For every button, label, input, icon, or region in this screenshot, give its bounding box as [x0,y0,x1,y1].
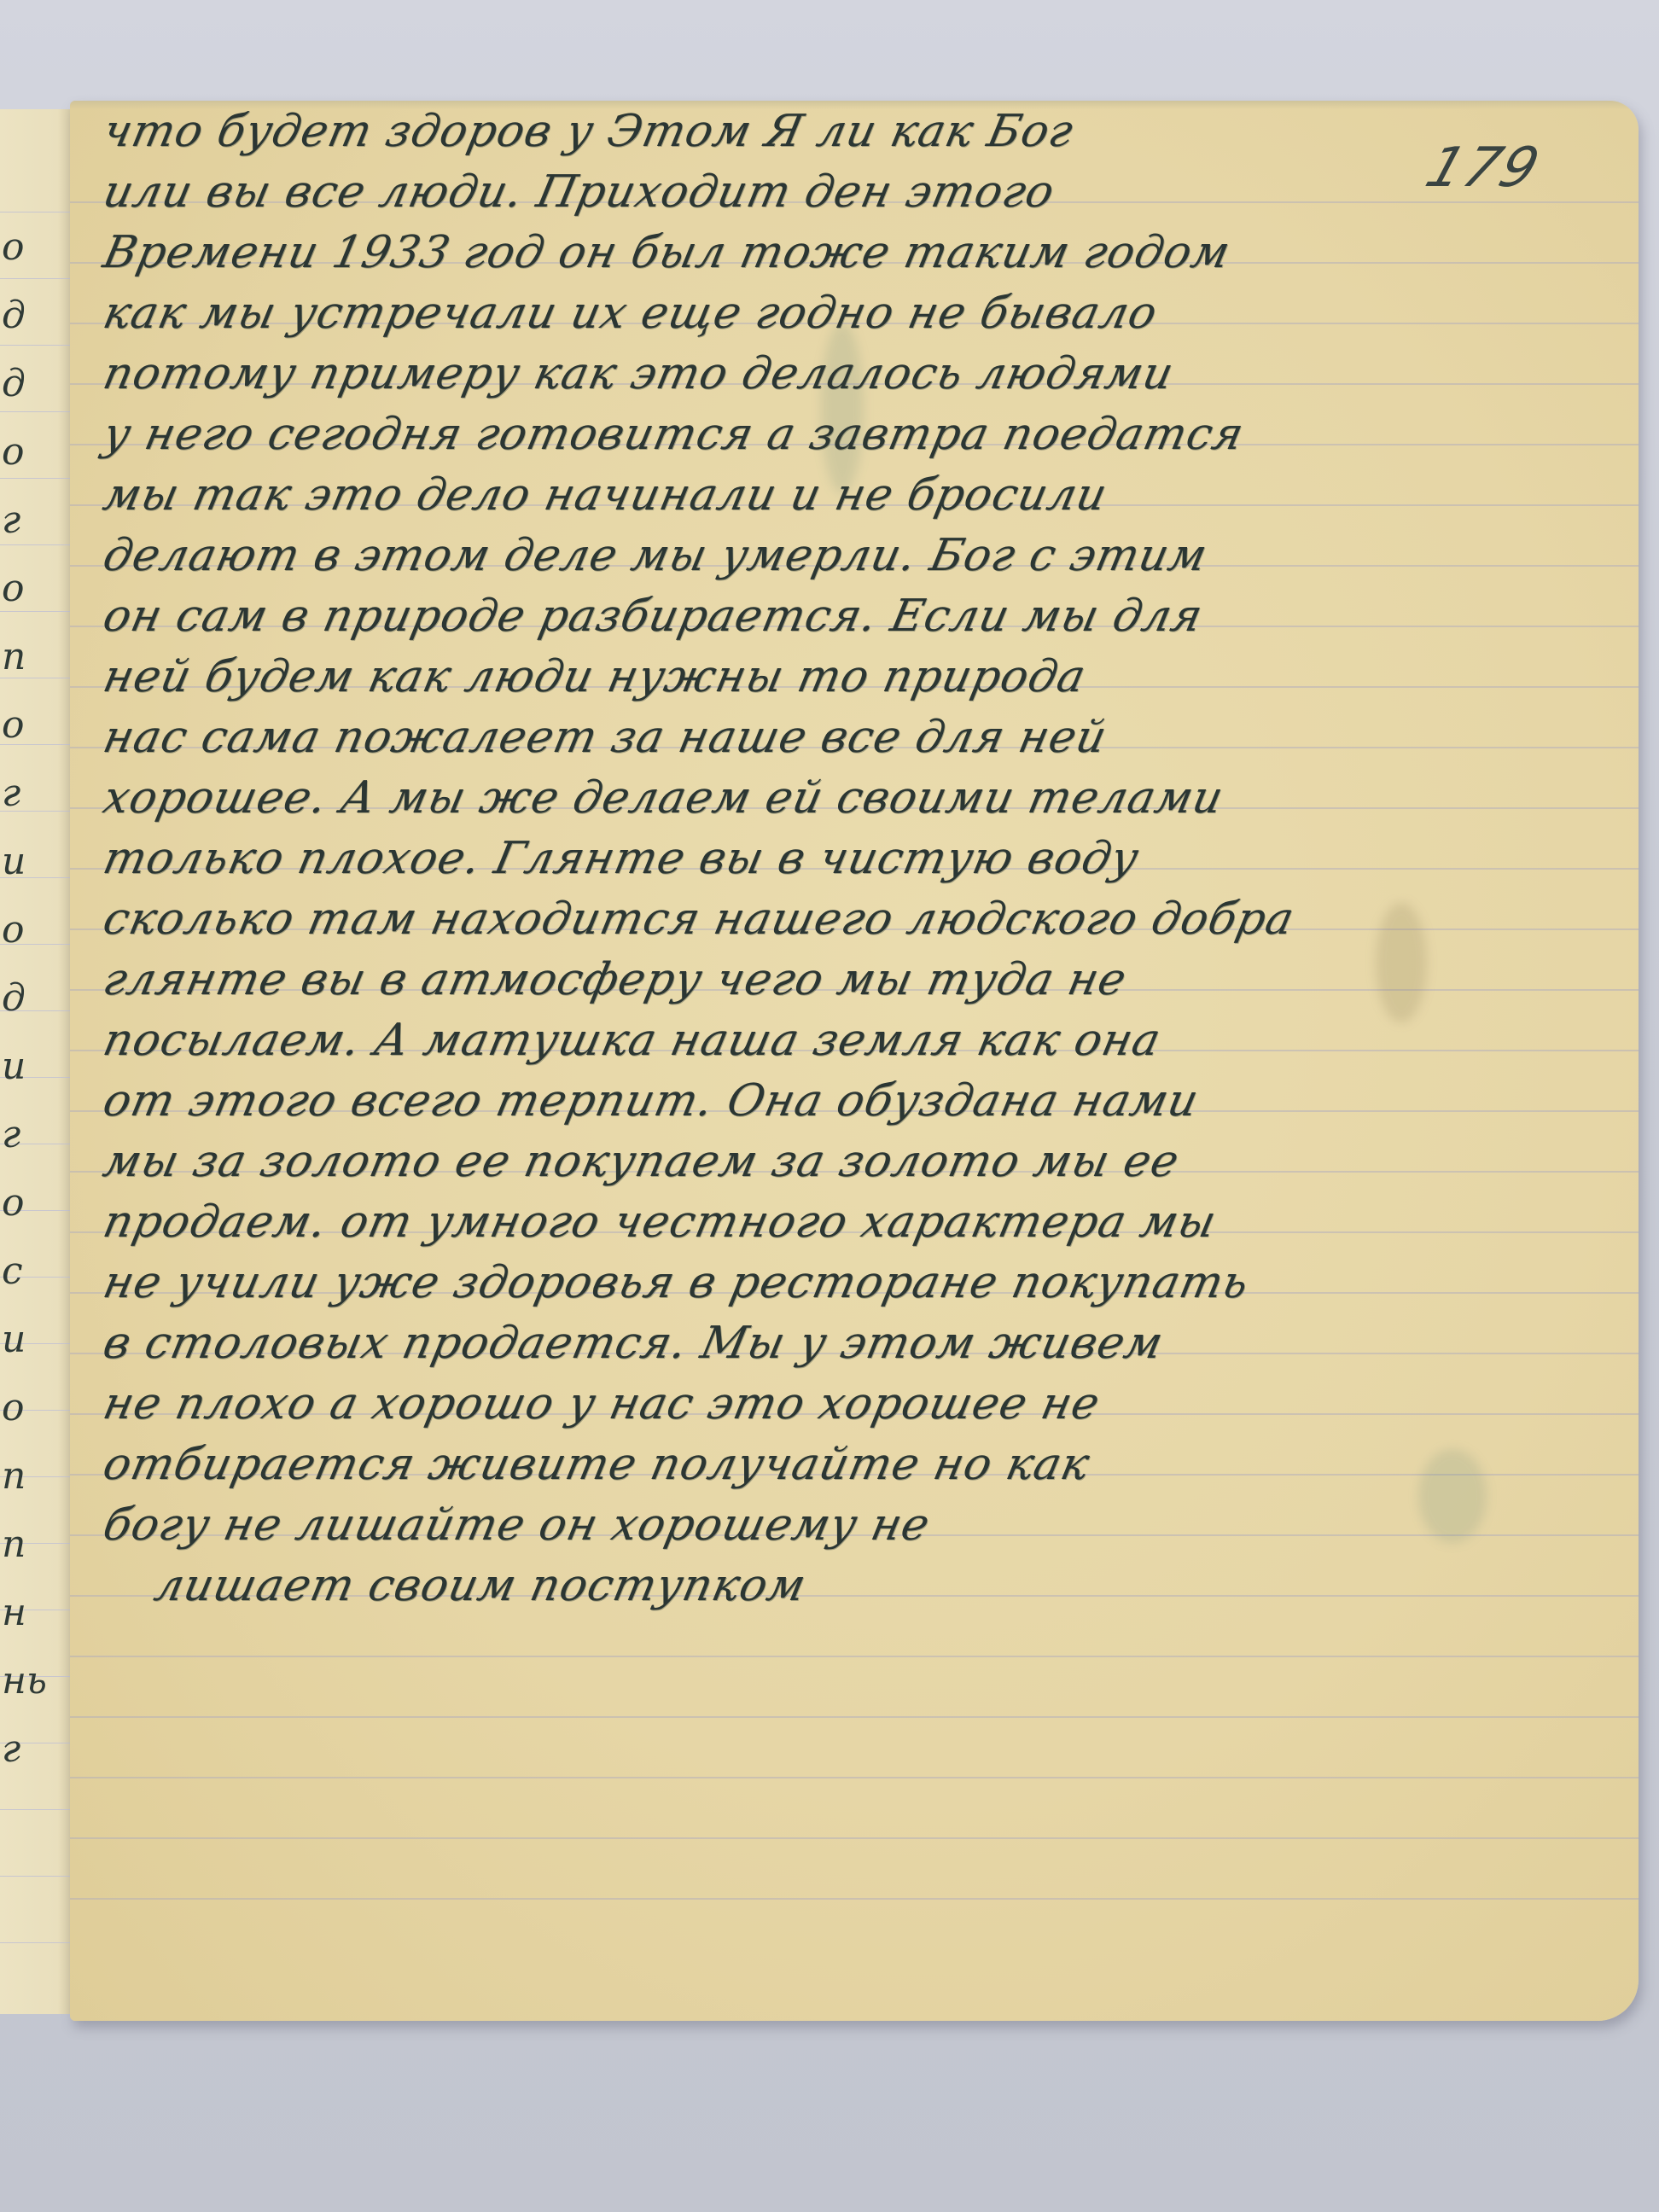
rule-line [70,1656,1639,1657]
rule-line [0,1876,72,1877]
rule-line [70,1837,1639,1839]
text-line: потому примеру как это делалось людями [99,348,1578,400]
text-line: хорошее. А мы же делаем ей своими телами [99,772,1578,824]
notebook-page: 179 что будет здоров у Этом Я ли как Бог… [70,101,1639,2021]
text-line: или вы все люди. Приходит ден этого [99,166,1578,218]
margin-glyph: о [2,1389,25,1427]
margin-glyph: о [2,570,25,608]
margin-glyph: н [2,1594,26,1632]
text-line: от этого всего терпит. Она обуздана нами [99,1075,1578,1127]
rule-line [0,611,72,612]
text-line: глянте вы в атмосферу чего мы туда не [99,954,1578,1006]
rule-line [70,1777,1639,1778]
text-line: не плохо а хорошо у нас это хорошее не [99,1378,1578,1430]
margin-glyph: п [2,1526,26,1563]
margin-glyph: п [2,1458,26,1495]
handwritten-text: что будет здоров у Этом Я ли как Бог или… [104,106,1572,1621]
margin-glyph: о [2,911,25,949]
margin-glyph: о [2,434,25,471]
text-line: лишает своим поступком [99,1560,1578,1612]
rule-line [70,1898,1639,1900]
text-line: сколько там находится нашего людского до… [99,894,1578,946]
margin-glyph: о [2,1185,25,1222]
text-line: как мы устречали их еще годно не бывало [99,288,1578,340]
text-line: ней будем как люди нужны то природа [99,651,1578,703]
margin-glyph: г [2,502,20,539]
text-line: делают в этом деле мы умерли. Бог с этим [99,530,1578,582]
margin-glyph: п [2,638,26,676]
text-line: что будет здоров у Этом Я ли как Бог [99,106,1578,158]
rule-line [0,411,72,412]
rule-line [0,278,72,279]
text-line: у него сегодня готовится а завтра поедат… [99,409,1578,461]
text-line: мы за золото ее покупаем за золото мы ее [99,1136,1578,1188]
rule-line [70,1716,1639,1718]
margin-glyph: г [2,1731,20,1768]
margin-glyph: и [2,843,26,881]
text-line: Времени 1933 год он был тоже таким годом [99,227,1578,279]
margin-glyph: г [2,775,20,812]
text-line: в столовых продается. Мы у этом живем [99,1318,1578,1370]
text-line: отбирается живите получайте но как [99,1439,1578,1491]
rule-line [0,212,72,212]
rule-line [0,1809,72,1810]
rule-line [0,345,72,346]
text-line: посылаем. А матушка наша земля как она [99,1015,1578,1067]
margin-glyph: д [2,297,26,335]
rule-line [0,478,72,479]
margin-glyph: д [2,365,26,403]
previous-page-edge: о д д о г о п о г и о д и г о с и о п п … [0,109,73,2014]
margin-glyph: и [2,1321,26,1359]
rule-line [0,544,72,545]
margin-glyph: г [2,1116,20,1154]
margin-glyph: и [2,1048,26,1086]
text-line: нас сама пожалеет за наше все для ней [99,712,1578,764]
text-line: мы так это дело начинали и не бросили [99,469,1578,521]
margin-glyph: с [2,1253,23,1290]
text-line: он сам в природе разбирается. Если мы дл… [99,591,1578,643]
text-line: богу не лишайте он хорошему не [99,1499,1578,1551]
margin-glyph: нь [2,1662,47,1700]
margin-glyph: о [2,229,25,266]
margin-glyph: о [2,707,25,744]
text-line: только плохое. Глянте вы в чистую воду [99,833,1578,885]
margin-glyph: д [2,980,26,1017]
text-line: продаем. от умного честного характера мы [99,1196,1578,1249]
text-line: не учили уже здоровья в ресторане покупа… [99,1257,1578,1309]
rule-line [0,1942,72,1943]
